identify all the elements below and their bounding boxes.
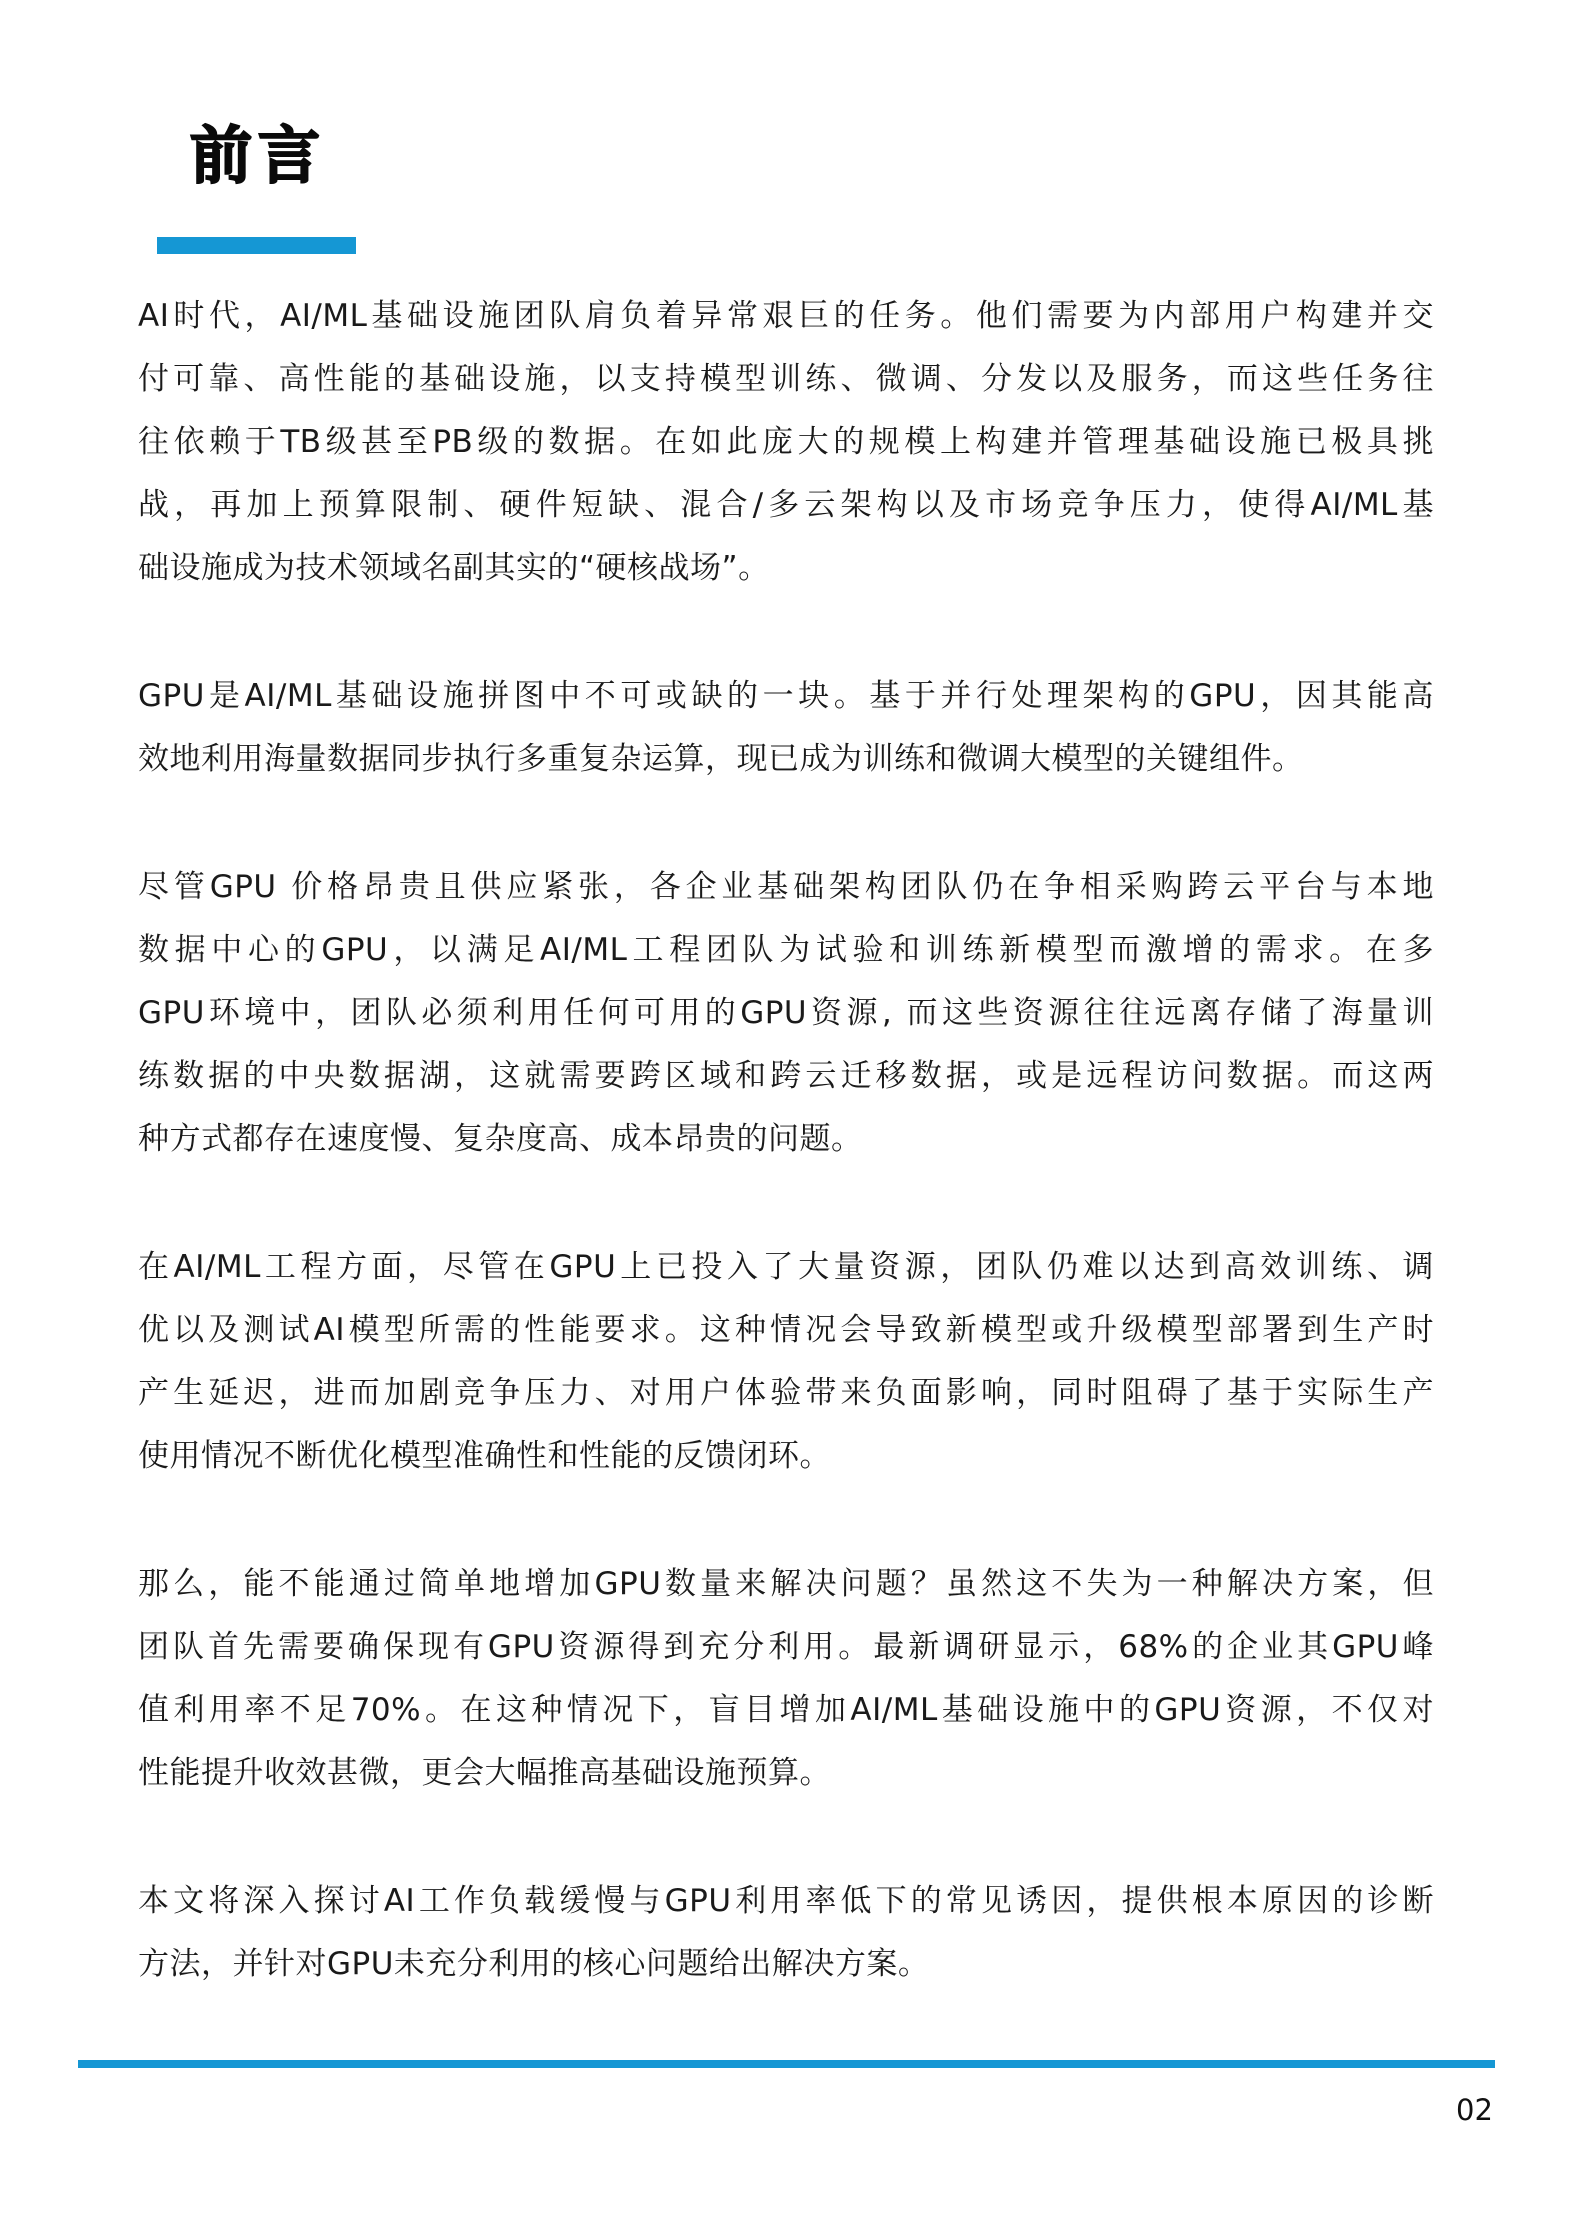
paragraph-intro-ai-era: AI时代，AI/ML基础设施团队肩负着异常艰巨的任务。他们需要为内部用户构建并交… bbox=[138, 294, 1434, 609]
text-line: 往依赖于TB级甚至PB级的数据。在如此庞大的规模上构建并管理基础设施已极具挑 bbox=[138, 420, 1434, 483]
text-line: 那么，能不能通过简单地增加GPU数量来解决问题？虽然这不失为一种解决方案，但 bbox=[138, 1562, 1434, 1625]
text-line: 数据中心的GPU，以满足AI/ML工程团队为试验和训练新模型而激增的需求。在多 bbox=[138, 928, 1434, 991]
text-line: 本文将深入探讨AI工作负载缓慢与GPU利用率低下的常见诱因，提供根本原因的诊断 bbox=[138, 1879, 1434, 1942]
text-line: 产生延迟，进而加剧竞争压力、对用户体验带来负面影响，同时阻碍了基于实际生产 bbox=[138, 1371, 1434, 1434]
paragraph-article-scope: 本文将深入探讨AI工作负载缓慢与GPU利用率低下的常见诱因，提供根本原因的诊断 … bbox=[138, 1879, 1434, 2005]
title-underline-accent bbox=[157, 237, 356, 254]
text-line: 值利用率不足70%。在这种情况下，盲目增加AI/ML基础设施中的GPU资源，不仅… bbox=[138, 1688, 1434, 1751]
paragraph-gpu-utilization: 那么，能不能通过简单地增加GPU数量来解决问题？虽然这不失为一种解决方案，但 团… bbox=[138, 1562, 1434, 1814]
text-line: 在AI/ML工程方面，尽管在GPU上已投入了大量资源，团队仍难以达到高效训练、调 bbox=[138, 1245, 1434, 1308]
text-line: 优以及测试AI模型所需的性能要求。这种情况会导致新模型或升级模型部署到生产时 bbox=[138, 1308, 1434, 1371]
text-line: 战，再加上预算限制、硬件短缺、混合/多云架构以及市场竞争压力，使得AI/ML基 bbox=[138, 483, 1434, 546]
text-line: GPU环境中，团队必须利用任何可用的GPU资源, 而这些资源往往远离存储了海量训 bbox=[138, 991, 1434, 1054]
body-text: AI时代，AI/ML基础设施团队肩负着异常艰巨的任务。他们需要为内部用户构建并交… bbox=[138, 294, 1434, 2070]
text-line: 种方式都存在速度慢、复杂度高、成本昂贵的问题。 bbox=[138, 1117, 1434, 1180]
page-title: 前言 bbox=[190, 116, 326, 196]
text-line: 尽管GPU 价格昂贵且供应紧张，各企业基础架构团队仍在争相采购跨云平台与本地 bbox=[138, 865, 1434, 928]
text-line: 础设施成为技术领域名副其实的“硬核战场”。 bbox=[138, 546, 1434, 609]
paragraph-ml-engineering: 在AI/ML工程方面，尽管在GPU上已投入了大量资源，团队仍难以达到高效训练、调… bbox=[138, 1245, 1434, 1497]
text-line: 付可靠、高性能的基础设施，以支持模型训练、微调、分发以及服务，而这些任务往 bbox=[138, 357, 1434, 420]
text-line: 性能提升收效甚微，更会大幅推高基础设施预算。 bbox=[138, 1751, 1434, 1814]
text-line: 效地利用海量数据同步执行多重复杂运算，现已成为训练和微调大模型的关键组件。 bbox=[138, 737, 1434, 800]
text-line: AI时代，AI/ML基础设施团队肩负着异常艰巨的任务。他们需要为内部用户构建并交 bbox=[138, 294, 1434, 357]
text-line: 练数据的中央数据湖，这就需要跨区域和跨云迁移数据，或是远程访问数据。而这两 bbox=[138, 1054, 1434, 1117]
paragraph-gpu-role: GPU是AI/ML基础设施拼图中不可或缺的一块。基于并行处理架构的GPU，因其能… bbox=[138, 674, 1434, 800]
text-line: GPU是AI/ML基础设施拼图中不可或缺的一块。基于并行处理架构的GPU，因其能… bbox=[138, 674, 1434, 737]
page-number: 02 bbox=[1456, 2092, 1493, 2128]
text-line: 使用情况不断优化模型准确性和性能的反馈闭环。 bbox=[138, 1434, 1434, 1497]
paragraph-gpu-procurement: 尽管GPU 价格昂贵且供应紧张，各企业基础架构团队仍在争相采购跨云平台与本地 数… bbox=[138, 865, 1434, 1180]
text-line: 方法，并针对GPU未充分利用的核心问题给出解决方案。 bbox=[138, 1942, 1434, 2005]
text-line: 团队首先需要确保现有GPU资源得到充分利用。最新调研显示，68%的企业其GPU峰 bbox=[138, 1625, 1434, 1688]
footer-rule-accent bbox=[78, 2060, 1495, 2068]
